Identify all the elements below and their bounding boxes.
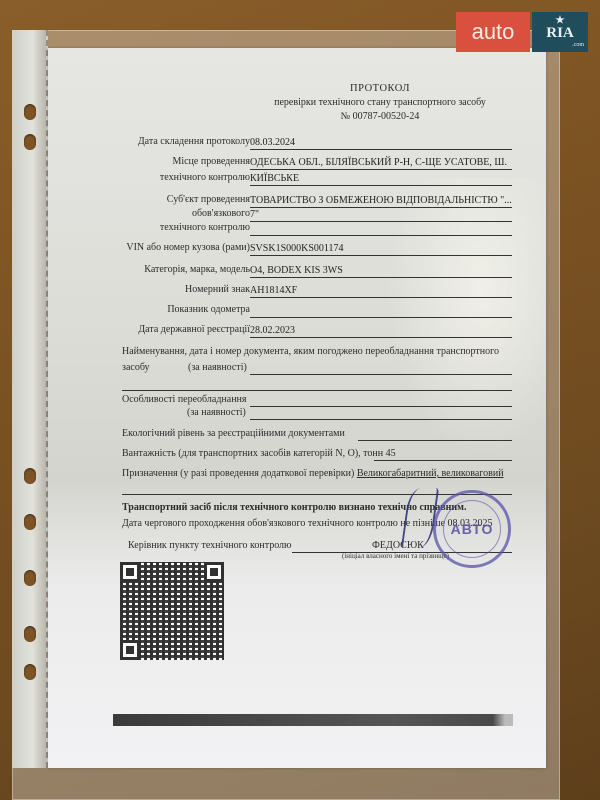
punch-hole — [24, 468, 36, 484]
qr-finder-pattern — [120, 562, 140, 582]
field-label: Дата складення протоколу — [138, 136, 250, 147]
field-label: Номерний знак — [185, 284, 250, 295]
field-value: ТОВАРИСТВО З ОБМЕЖЕНОЮ ВІДПОВІДАЛЬНІСТЮ … — [250, 194, 512, 208]
punch-hole — [24, 514, 36, 530]
field-label: VIN або номер кузова (рами) — [126, 242, 250, 253]
field-label: Дата державної реєстрації — [138, 324, 250, 335]
field-value: AH1814XF — [250, 284, 512, 298]
com-text: .com — [572, 42, 584, 48]
field-value: 7" — [250, 208, 512, 222]
eco-label: Екологічний рівень за реєстраційними док… — [122, 428, 345, 439]
field-label: Показник одометра — [167, 304, 250, 315]
field-value: ОДЕСЬКА ОБЛ., БІЛЯЇВСЬКИЙ Р-Н, С-ЩЕ УСАТ… — [250, 156, 512, 170]
purpose-line-2 — [122, 482, 512, 495]
printed-barcode-strip — [113, 714, 513, 726]
capacity-label: Вантажність (для транспортних засобів ка… — [122, 448, 396, 459]
field-value: 08.03.2024 — [250, 136, 512, 150]
punch-hole — [24, 664, 36, 680]
field-value: O4, BODEX KIS 3WS — [250, 264, 512, 278]
document-title: ПРОТОКОЛ — [230, 83, 530, 94]
conversion-features-note: (за наявності) — [187, 407, 246, 418]
purpose-label-text: Призначення (у разі проведення додатково… — [122, 468, 354, 479]
star-icon: ★ — [556, 17, 565, 25]
head-label: Керівник пункту технічного контролю — [128, 540, 292, 551]
autoria-logo-ria: ★ RIA .com — [532, 12, 588, 52]
field-value: КИЇВСЬКЕ — [250, 172, 512, 186]
purpose-value: Великогабаритний, великоваговий — [357, 468, 504, 479]
field-label: обов'язкового — [192, 208, 250, 219]
field-label: Категорія, марка, модель — [144, 264, 250, 275]
eco-line — [358, 428, 512, 441]
conversion-doc-label: Найменування, дата і номер документа, як… — [122, 346, 499, 357]
head-note: (ініціал власного імені та прізвище) — [342, 552, 449, 560]
document-number: № 00787-00520-24 — [230, 111, 530, 122]
field-label: Суб'єкт проведення — [167, 194, 250, 205]
field-value — [250, 304, 512, 318]
field-label: технічного контролю — [160, 222, 250, 233]
document-header: ПРОТОКОЛ перевірки технічного стану тран… — [230, 83, 530, 122]
ria-text: RIA — [546, 25, 574, 42]
punch-hole — [24, 104, 36, 120]
capacity-line — [374, 448, 512, 461]
field-value — [250, 222, 512, 236]
field-value: SVSK1S000KS001174 — [250, 242, 512, 256]
qr-code — [120, 562, 224, 660]
purpose-label: Призначення (у разі проведення додатково… — [122, 468, 504, 479]
official-stamp: АВТО — [433, 490, 511, 568]
punch-hole — [24, 626, 36, 642]
autoria-logo-auto: auto — [456, 12, 530, 52]
conversion-doc-line-2 — [122, 378, 512, 391]
stamp-text: АВТО — [436, 521, 508, 537]
conversion-features-label: Особливості переобладнання — [122, 394, 247, 405]
field-label: Місце проведення — [172, 156, 250, 167]
qr-finder-pattern — [204, 562, 224, 582]
document-subtitle: перевірки технічного стану транспортного… — [230, 97, 530, 108]
field-value: 28.02.2023 — [250, 324, 512, 338]
punch-hole — [24, 134, 36, 150]
next-check-label: Дата чергового проходження обов'язкового… — [122, 518, 398, 529]
field-label: технічного контролю — [160, 172, 250, 183]
capacity-label-text: Вантажність (для транспортних засобів ка… — [122, 448, 383, 459]
conversion-doc-label-2: засобу — [122, 362, 150, 373]
qr-finder-pattern — [120, 640, 140, 660]
conversion-doc-line — [250, 362, 512, 375]
conversion-features-line-2 — [250, 407, 512, 420]
conversion-doc-note: (за наявності) — [188, 362, 247, 373]
punch-hole — [24, 570, 36, 586]
conversion-features-line — [250, 394, 512, 407]
